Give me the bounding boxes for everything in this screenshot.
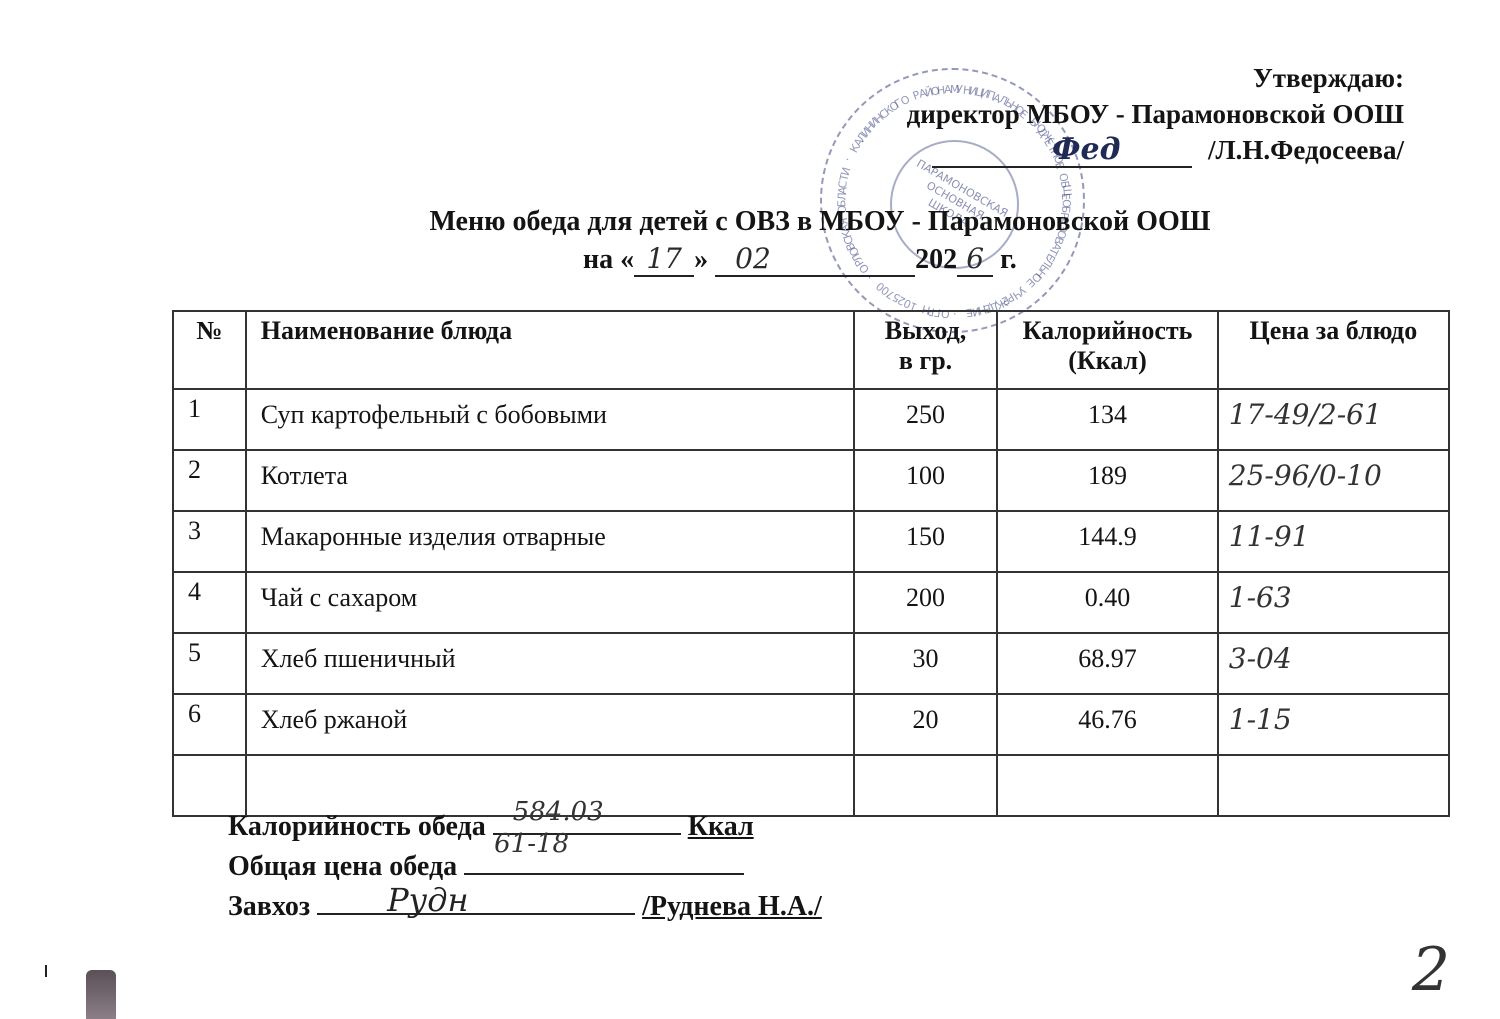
header-output: Выход,в гр. (854, 311, 997, 389)
price-value: 61-18 (494, 826, 569, 863)
dish-output: 30 (854, 633, 997, 694)
storekeeper-signature: Рудн (387, 882, 468, 919)
price-label: Общая цена обеда (228, 851, 457, 882)
dish-kcal: 144.9 (997, 511, 1218, 572)
row-number: 6 (173, 694, 246, 755)
dish-output (854, 755, 997, 816)
summary-price-row: Общая цена обеда 61-18 (228, 845, 822, 885)
director-signature: Фед (1052, 132, 1120, 168)
scan-mark (45, 965, 47, 977)
dish-price: 1-63 (1218, 572, 1449, 633)
dish-name: Макаронные изделия отварные (246, 511, 854, 572)
summary-storekeeper-row: Завхоз Рудн /Руднева Н.А./ (228, 885, 822, 925)
date-year-suffix: 6 (957, 242, 993, 277)
table-row: 5Хлеб пшеничный3068.973-04 (173, 633, 1449, 694)
page-number: 2 (1412, 935, 1450, 1005)
dish-price: 1-15 (1218, 694, 1449, 755)
dish-price: 25-96/0-10 (1218, 450, 1449, 511)
menu-table: № Наименование блюда Выход,в гр. Калорий… (172, 310, 1450, 817)
row-number: 2 (173, 450, 246, 511)
storekeeper-label: Завхоз (228, 891, 310, 922)
row-number: 3 (173, 511, 246, 572)
dish-output: 250 (854, 389, 997, 450)
date-day: 17 (634, 242, 694, 277)
date-year-end: г. (1000, 244, 1017, 275)
dish-price: 17-49/2-61 (1218, 389, 1449, 450)
date-month: 02 (715, 242, 915, 277)
dish-price (1218, 755, 1449, 816)
header-kcal: Калорийность(Ккал) (997, 311, 1218, 389)
director-name: /Л.Н.Федосеева/ (1208, 135, 1404, 165)
dish-output: 100 (854, 450, 997, 511)
row-number: 5 (173, 633, 246, 694)
dish-name: Хлеб пшеничный (246, 633, 854, 694)
dish-kcal: 46.76 (997, 694, 1218, 755)
dish-name: Хлеб ржаной (246, 694, 854, 755)
director-signature-line: Фед (932, 140, 1192, 168)
date-year-prefix: 202 (915, 244, 957, 275)
kcal-unit: Ккал (688, 811, 754, 842)
scan-smudge (86, 970, 116, 1019)
row-number: 1 (173, 389, 246, 450)
dish-output: 150 (854, 511, 997, 572)
row-number: 4 (173, 572, 246, 633)
price-field: 61-18 (464, 845, 744, 875)
header-name: Наименование блюда (246, 311, 854, 389)
approval-position: директор МБОУ - Парамоновской ООШ (907, 96, 1404, 132)
dish-price: 3-04 (1218, 633, 1449, 694)
table-row: 4Чай с сахаром2000.401-63 (173, 572, 1449, 633)
dish-kcal: 0.40 (997, 572, 1218, 633)
storekeeper-signature-line: Рудн (317, 885, 635, 915)
document-date: на «17» 022026 г. (583, 242, 1017, 277)
dish-kcal: 189 (997, 450, 1218, 511)
storekeeper-name: /Руднева Н.А./ (642, 891, 822, 922)
dish-output: 20 (854, 694, 997, 755)
approval-signature-row: Фед /Л.Н.Федосеева/ (907, 132, 1404, 168)
header-num: № (173, 311, 246, 389)
dish-output: 200 (854, 572, 997, 633)
table-row: 6Хлеб ржаной2046.761-15 (173, 694, 1449, 755)
table-row: 1Суп картофельный с бобовыми25013417-49/… (173, 389, 1449, 450)
kcal-label: Калорийность обеда (228, 811, 486, 842)
header-price: Цена за блюдо (1218, 311, 1449, 389)
dish-kcal (997, 755, 1218, 816)
document-title: Меню обеда для детей с ОВЗ в МБОУ - Пара… (0, 205, 1500, 239)
summary-block: Калорийность обеда 584.03 Ккал Общая цен… (228, 805, 822, 925)
table-row: 2Котлета10018925-96/0-10 (173, 450, 1449, 511)
approval-block: Утверждаю: директор МБОУ - Парамоновской… (907, 60, 1404, 168)
table-row: 3Макаронные изделия отварные150144.911-9… (173, 511, 1449, 572)
date-prefix: на « (583, 244, 634, 275)
dish-kcal: 134 (997, 389, 1218, 450)
approval-heading: Утверждаю: (907, 60, 1404, 96)
dish-kcal: 68.97 (997, 633, 1218, 694)
date-mid: » (694, 244, 708, 275)
dish-name: Суп картофельный с бобовыми (246, 389, 854, 450)
dish-name: Чай с сахаром (246, 572, 854, 633)
dish-price: 11-91 (1218, 511, 1449, 572)
table-header-row: № Наименование блюда Выход,в гр. Калорий… (173, 311, 1449, 389)
dish-name: Котлета (246, 450, 854, 511)
